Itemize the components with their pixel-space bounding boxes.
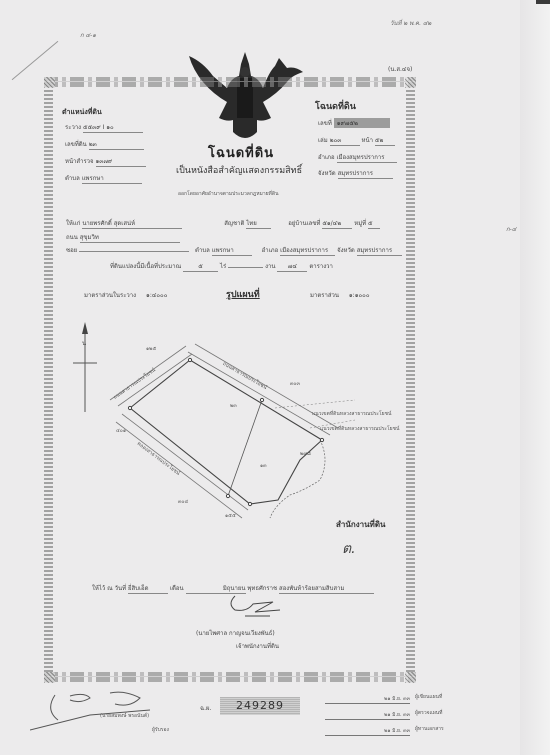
footer-date: ๒๑ มิ.ย. ๓๓ — [325, 727, 410, 736]
rai-unit: ไร่ — [220, 263, 226, 270]
label: จังหวัด — [318, 170, 336, 177]
official-initial: ต. — [342, 538, 356, 560]
marker-label: ๑๕๕ — [225, 512, 236, 520]
parcel-label: ๒๓ — [230, 402, 237, 410]
tambon: แพรกษา — [212, 245, 252, 256]
north-arrow-icon — [70, 320, 100, 415]
border-right — [406, 90, 415, 672]
top-right-note: วันที่ ๒ พ.ค. ๔๒ — [390, 18, 431, 28]
footer-signature-label: (นายสมพงษ์ พรอนันต์) — [100, 712, 149, 720]
province-label: จังหวัด — [337, 247, 355, 254]
footer-role: ผู้เขียนแผนที่ — [415, 693, 442, 701]
footer-role: ผู้ตรวจแผนที่ — [415, 709, 442, 717]
tambon-label: ตำบล — [195, 247, 210, 254]
deed-row-amphoe: อำเภอ เมืองสมุทรปราการ — [318, 152, 397, 163]
serial-number: 249289 — [220, 697, 300, 715]
location-row-tambon: ตำบล แพรกษา — [65, 173, 160, 184]
value: เมืองสมุทรปราการ — [337, 152, 397, 163]
scale-left: มาตราส่วนในระวาง ๑:๔๐๐๐ — [84, 290, 167, 300]
footer-date: ๒๑ มิ.ย. ๓๓ — [325, 711, 410, 720]
value2: ๕๒ — [375, 135, 395, 146]
officer-name: (นายไพศาล กาญจนเวียงพันธ์) — [196, 628, 275, 638]
deed-row-province: จังหวัด สมุทรปราการ — [318, 168, 393, 179]
area-rai: ๕ — [183, 261, 218, 272]
adjacent-label: ๑๓ — [260, 462, 267, 470]
serial-label: ฉ.ผ. — [200, 703, 211, 713]
border-corner — [405, 77, 416, 88]
month-label: เดือน — [170, 585, 184, 592]
value: สมุทรปราการ — [338, 168, 393, 179]
moo: ๕ — [368, 218, 380, 229]
area-wa: ๗๔ — [277, 261, 307, 272]
label: เลขที่ดิน — [65, 141, 87, 148]
document-subline: ออกโดยอาศัยอำนาจตามประมวลกฎหมายที่ดิน — [178, 190, 279, 198]
value: ๒๐๓ — [330, 135, 360, 146]
address-no: ๕๑/๔๒ — [322, 218, 352, 229]
location-heading: ตำแหน่งที่ดิน — [62, 107, 102, 118]
border-corner — [405, 672, 416, 683]
wa-unit: ตารางวา — [309, 263, 333, 270]
footer-stamp-small: ผู้รับรอง — [152, 726, 169, 734]
page-corner — [536, 0, 550, 4]
location-row-parcel: เลขที่ดิน ๒๓ — [65, 139, 160, 150]
address-label: อยู่บ้านเลขที่ — [288, 220, 320, 227]
owner-label: ให้แก่ — [66, 220, 80, 227]
ngan-unit: งาน — [265, 263, 275, 270]
top-left-note: ก ๔-๑ — [80, 30, 96, 40]
border-top — [44, 77, 416, 87]
footer-role: ผู้ทานเอกสาร — [415, 725, 444, 733]
pen-stroke — [12, 41, 59, 80]
soi — [79, 251, 189, 252]
label: อำเภอ — [318, 154, 335, 161]
margin-note: ก-๔ — [506, 224, 516, 234]
annotation-2: แนวเขตที่ดินหลวงสาธารณประโยชน์ — [320, 425, 399, 433]
given-label: ให้ไว้ ณ วันที่ — [92, 585, 126, 592]
amphoe-label: อำเภอ — [262, 247, 279, 254]
official-stamp: สำนักงานที่ดิน — [336, 518, 386, 531]
form-code: (น.ส.๔จ) — [388, 64, 412, 74]
annotation-1: แนวเขตที่ดินหลวงสาธารณประโยชน์ — [312, 410, 391, 418]
deed-row-number: เลขที่ ๑๙๗๕๒ — [318, 118, 390, 128]
scale-right: มาตราส่วน ๑:๑๐๐๐ — [310, 290, 370, 300]
label: เลขที่ — [318, 120, 332, 127]
marker-label: ๒๙๘ — [300, 450, 311, 458]
nationality-label: สัญชาติ — [224, 220, 244, 227]
area-ngan — [228, 267, 263, 268]
document-subtitle: เป็นหนังสือสำคัญแสดงกรรมสิทธิ์ — [176, 163, 302, 177]
value: ๑๓๗๙ — [96, 156, 146, 167]
deed-heading: โฉนดที่ดิน — [315, 99, 356, 113]
deed-row-book: เล่ม ๒๐๓ หน้า ๕๒ — [318, 135, 395, 146]
area-line: ที่ดินแปลงนี้มีเนื้อที่ประมาณ ๕ ไร่ งาน … — [110, 261, 333, 272]
scale-right-value: ๑:๑๐๐๐ — [349, 292, 370, 299]
border-corner — [44, 77, 55, 88]
label: ระวาง — [65, 124, 81, 131]
owner-line: ให้แก่ นายพรศักดิ์ สุดเสน่ห์ สัญชาติ ไทย… — [66, 218, 380, 229]
province: สมุทรปราการ — [357, 245, 402, 256]
marker-label: ๓๐๔ — [178, 498, 188, 506]
scale-left-label: มาตราส่วนในระวาง — [84, 292, 136, 299]
scale-left-value: ๑:๔๐๐๐ — [146, 292, 167, 299]
north-label: น — [82, 338, 86, 348]
officer-signature — [225, 592, 285, 620]
garuda-emblem-icon — [183, 48, 307, 140]
amphoe: เมืองสมุทรปราการ — [280, 245, 335, 256]
value: แพรกษา — [82, 173, 142, 184]
label: ตำบล — [65, 175, 80, 182]
document-title: โฉนดที่ดิน — [208, 142, 274, 163]
map-heading: รูปแผนที่ — [226, 287, 260, 301]
border-corner — [44, 672, 55, 683]
location-row-survey: หน้าสำรวจ ๑๓๗๙ — [65, 156, 160, 167]
label2: หน้า — [362, 137, 373, 144]
marker-label: ๓๐๓ — [290, 380, 300, 388]
soi-line: ซอย ตำบล แพรกษา อำเภอ เมืองสมุทรปราการ จ… — [66, 245, 402, 256]
officer-title: เจ้าพนักงานที่ดิน — [236, 641, 279, 651]
road: สุขุมวิท — [80, 232, 180, 243]
value: ๕๕๓๙ I ๑๐ — [83, 122, 143, 133]
location-row-sheet: ระวาง ๕๕๓๙ I ๑๐ — [65, 122, 160, 133]
year-label: พุทธศักราช — [247, 585, 277, 592]
footer-date: ๒๑ มิ.ย. ๓๓ — [325, 695, 410, 704]
road-label: ถนน — [66, 234, 78, 241]
issue-day: ยี่สิบเอ็ด — [128, 583, 168, 594]
scale-right-label: มาตราส่วน — [310, 292, 339, 299]
moo-label: หมู่ที่ — [354, 220, 366, 227]
road-line: ถนน สุขุมวิท — [66, 232, 180, 243]
marker-label: ๔๐๑ — [116, 427, 126, 435]
border-left — [44, 90, 53, 672]
issue-year: สองพันห้าร้อยสามสิบสาม — [279, 583, 374, 594]
soi-label: ซอย — [66, 247, 77, 254]
value: ๒๓ — [89, 139, 144, 150]
owner-name: นายพรศักดิ์ สุดเสน่ห์ — [82, 218, 182, 229]
label: เล่ม — [318, 137, 328, 144]
marker-label: ๑๒๕ — [146, 345, 156, 353]
nationality: ไทย — [246, 218, 271, 229]
border-bottom — [44, 672, 416, 682]
page-edge-shadow — [520, 0, 550, 755]
area-label: ที่ดินแปลงนี้มีเนื้อที่ประมาณ — [110, 263, 181, 270]
label: หน้าสำรวจ — [65, 158, 94, 165]
value: ๑๙๗๕๒ — [334, 118, 390, 128]
